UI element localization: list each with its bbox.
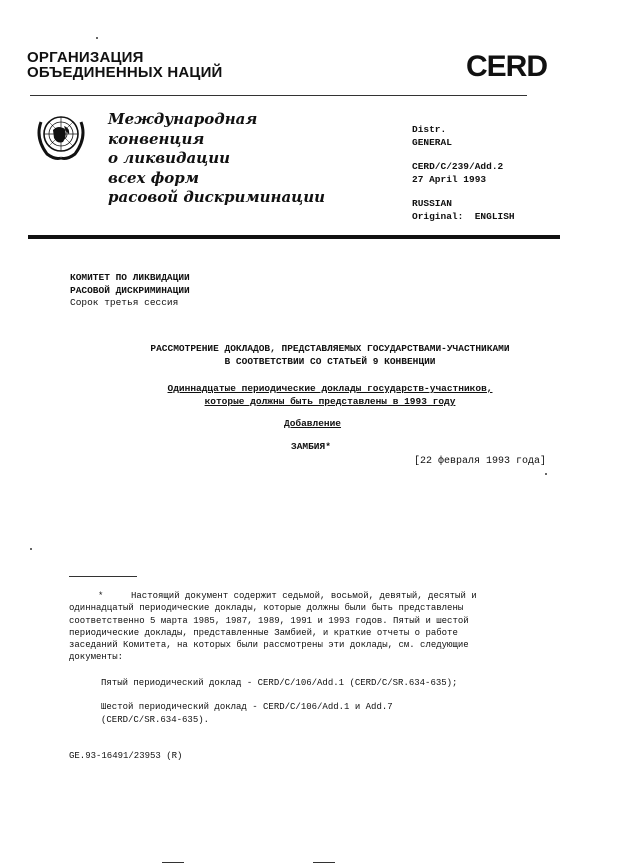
- convention-line: расовой дискриминации: [108, 188, 325, 208]
- footnote: *Настоящий документ содержит седьмой, во…: [69, 590, 539, 664]
- original-language: Original: ENGLISH: [412, 211, 515, 224]
- addendum-heading: Добавление: [284, 418, 341, 429]
- document-subtitle: Одиннадцатые периодические доклады госуд…: [100, 382, 560, 408]
- scan-dot: [96, 37, 98, 39]
- reference-item: Шестой периодический доклад - CERD/C/106…: [101, 701, 457, 713]
- submission-date: [22 февраля 1993 года]: [414, 456, 546, 467]
- document-metadata: Distr. GENERAL CERD/C/239/Add.2 27 April…: [412, 124, 515, 223]
- document-number: GE.93-16491/23953 (R): [69, 751, 182, 761]
- reference-item: Пятый периодический доклад - CERD/C/106/…: [101, 677, 457, 689]
- original-label: Original:: [412, 211, 463, 222]
- convention-line: Международная: [108, 110, 325, 130]
- document-language: RUSSIAN: [412, 198, 515, 211]
- org-line-1: ОРГАНИЗАЦИЯ: [27, 50, 223, 65]
- footnote-line: одиннадцатый периодические доклады, кото…: [69, 602, 539, 614]
- convention-line: всех форм: [108, 169, 325, 189]
- country-name: ЗАМБИЯ*: [291, 441, 331, 452]
- scan-mark: [162, 862, 184, 863]
- cerd-logo: CERD: [466, 51, 547, 83]
- footnote-line: Настоящий документ содержит седьмой, вос…: [131, 591, 477, 601]
- session: Сорок третья сессия: [70, 297, 190, 310]
- reference-item-continued: (CERD/C/SR.634-635).: [101, 714, 457, 726]
- header-rule: [30, 95, 527, 96]
- title-line-2: В СООТВЕТСТВИИ СО СТАТЬЕЙ 9 КОНВЕНЦИИ: [100, 356, 560, 369]
- distr-value: GENERAL: [412, 137, 515, 150]
- original-value: ENGLISH: [475, 211, 515, 222]
- footnote-marker: *: [98, 590, 131, 602]
- document-date: 27 April 1993: [412, 174, 515, 187]
- committee-block: КОМИТЕТ ПО ЛИКВИДАЦИИ РАСОВОЙ ДИСКРИМИНА…: [70, 272, 190, 310]
- document-symbol: CERD/C/239/Add.2: [412, 161, 515, 174]
- organization-name: ОРГАНИЗАЦИЯ ОБЪЕДИНЕННЫХ НАЦИЙ: [27, 50, 223, 80]
- org-line-2: ОБЪЕДИНЕННЫХ НАЦИЙ: [27, 65, 223, 80]
- footnote-references: Пятый периодический доклад - CERD/C/106/…: [101, 677, 457, 726]
- convention-line: конвенция: [108, 130, 325, 150]
- committee-line-1: КОМИТЕТ ПО ЛИКВИДАЦИИ: [70, 272, 190, 285]
- distr-label: Distr.: [412, 124, 515, 137]
- convention-line: о ликвидации: [108, 149, 325, 169]
- scan-mark: [313, 862, 335, 863]
- document-title: РАССМОТРЕНИЕ ДОКЛАДОВ, ПРЕДСТАВЛЯЕМЫХ ГО…: [100, 343, 560, 368]
- title-line-1: РАССМОТРЕНИЕ ДОКЛАДОВ, ПРЕДСТАВЛЯЕМЫХ ГО…: [100, 343, 560, 356]
- footnote-rule: [69, 576, 137, 577]
- footnote-line: документы:: [69, 651, 539, 663]
- convention-title: Международная конвенция о ликвидации все…: [108, 110, 325, 208]
- un-emblem-icon: [33, 108, 89, 164]
- subtitle-line-2: которые должны быть представлены в 1993 …: [100, 395, 560, 408]
- committee-line-2: РАСОВОЙ ДИСКРИМИНАЦИИ: [70, 285, 190, 298]
- scan-dot: [545, 473, 547, 475]
- header-bottom-rule: [28, 235, 560, 239]
- footnote-line: заседаний Комитета, на которых были расс…: [69, 639, 539, 651]
- footnote-line: периодические доклады, представленные За…: [69, 627, 539, 639]
- subtitle-line-1: Одиннадцатые периодические доклады госуд…: [100, 382, 560, 395]
- scan-dot: [30, 548, 32, 550]
- footnote-line: соответственно 5 марта 1985, 1987, 1989,…: [69, 615, 539, 627]
